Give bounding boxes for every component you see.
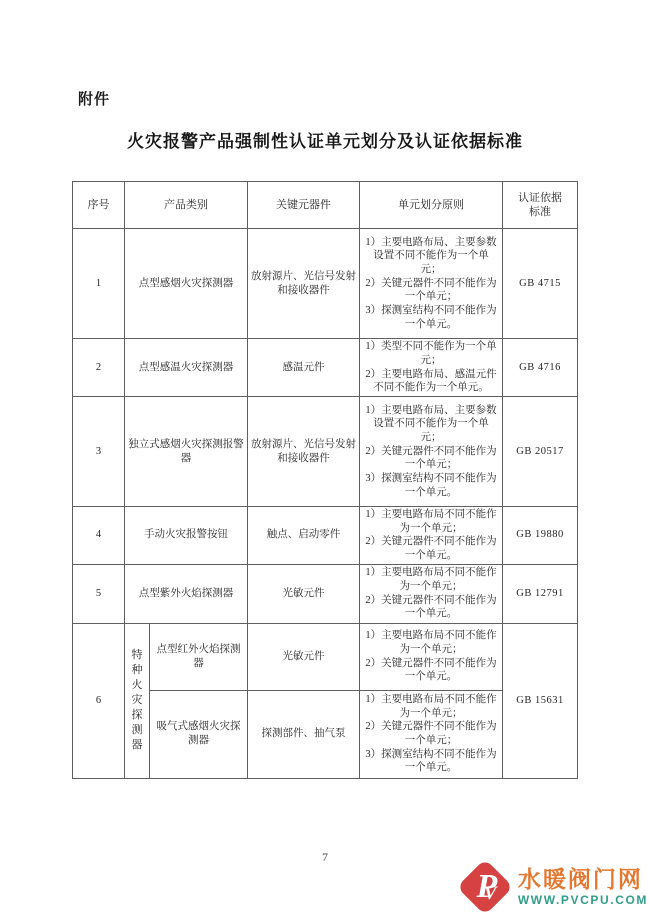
watermark: P V 水暖阀门网 WWW.PVCPU.COM (456, 858, 648, 916)
cell-components: 触点、启动零件 (248, 507, 360, 565)
table-row: 6 特种火灾探测器 点型红外火焰探测器 光敏元件 1）主要电路布局不同不能作为一… (73, 623, 578, 690)
cell-principle: 1）主要电路布局不同不能作为一个单元；2）关键元器件不同不能作为一个单元。 (360, 507, 503, 565)
document-page: 附件 火灾报警产品强制性认证单元划分及认证依据标准 序号 产品类别 关键元器件 … (0, 0, 650, 920)
list-line: 3）探测室结构不同不能作为一个单元。 (363, 304, 499, 331)
watermark-site-name: 水暖阀门网 (518, 867, 643, 892)
table-row: 5 点型紫外火焰探测器 光敏元件 1）主要电路布局不同不能作为一个单元；2）关键… (73, 564, 578, 623)
cell-standard: GB 4716 (503, 339, 578, 397)
cell-category: 吸气式感烟火灾探测器 (150, 690, 248, 778)
list-line: 1）主要电路布局不同不能作为一个单元； (363, 508, 499, 535)
header-components: 关键元器件 (248, 182, 360, 229)
page-title: 火灾报警产品强制性认证单元划分及认证依据标准 (0, 127, 650, 152)
cell-principle: 1）主要电路布局、主要参数设置不同不能作为一个单元；2）关键元器件不同不能作为一… (360, 229, 503, 339)
pv-logo-icon: P V (456, 858, 514, 916)
cell-no: 5 (73, 564, 125, 623)
cell-standard: GB 19880 (503, 507, 578, 565)
logo-letter-v: V (484, 884, 497, 903)
cell-components: 感温元件 (248, 339, 360, 397)
list-line: 2）关键元器件不同不能作为一个单元。 (363, 594, 499, 621)
cell-components: 光敏元件 (248, 564, 360, 623)
list-line: 认证依据 (506, 191, 574, 205)
list-line: 2）关键元器件不同不能作为一个单元； (363, 277, 499, 304)
list-line: 3）探测室结构不同不能作为一个单元。 (363, 748, 499, 775)
list-line: 标准 (506, 205, 574, 219)
list-line: 1）主要电路布局不同不能作为一个单元； (363, 566, 499, 593)
header-principle: 单元划分原则 (360, 182, 503, 229)
cell-components: 放射源片、光信号发射和接收器件 (248, 397, 360, 507)
list-line: 2）关键元器件不同不能作为一个单元； (363, 720, 499, 747)
certification-table: 序号 产品类别 关键元器件 单元划分原则 认证依据标准 1 点型感烟火灾探测器 … (72, 181, 578, 779)
cell-components: 放射源片、光信号发射和接收器件 (248, 229, 360, 339)
table-row: 4 手动火灾报警按钮 触点、启动零件 1）主要电路布局不同不能作为一个单元；2）… (73, 507, 578, 565)
table-header-row: 序号 产品类别 关键元器件 单元划分原则 认证依据标准 (73, 182, 578, 229)
header-category: 产品类别 (125, 182, 248, 229)
cell-principle: 1）主要电路布局不同不能作为一个单元；2）关键元器件不同不能作为一个单元。 (360, 623, 503, 690)
cell-category: 点型感温火灾探测器 (125, 339, 248, 397)
cell-principle: 1）类型不同不能作为一个单元；2）主要电路布局、感温元件不同不能作为一个单元。 (360, 339, 503, 397)
cell-category: 手动火灾报警按钮 (125, 507, 248, 565)
table-row: 2 点型感温火灾探测器 感温元件 1）类型不同不能作为一个单元；2）主要电路布局… (73, 339, 578, 397)
cell-category: 点型紫外火焰探测器 (125, 564, 248, 623)
cell-group-category: 特种火灾探测器 (125, 623, 150, 778)
cell-principle: 1）主要电路布局不同不能作为一个单元；2）关键元器件不同不能作为一个单元；3）探… (360, 690, 503, 778)
table-row: 1 点型感烟火灾探测器 放射源片、光信号发射和接收器件 1）主要电路布局、主要参… (73, 229, 578, 339)
cell-components: 探测部件、抽气泵 (248, 690, 360, 778)
table-row: 3 独立式感烟火灾探测报警器 放射源片、光信号发射和接收器件 1）主要电路布局、… (73, 397, 578, 507)
header-standard: 认证依据标准 (503, 182, 578, 229)
list-line: 2）关键元器件不同不能作为一个单元。 (363, 657, 499, 684)
cell-no: 4 (73, 507, 125, 565)
cell-no: 1 (73, 229, 125, 339)
list-line: 2）关键元器件不同不能作为一个单元； (363, 445, 499, 472)
cell-category: 点型红外火焰探测器 (150, 623, 248, 690)
list-line: 2）主要电路布局、感温元件不同不能作为一个单元。 (363, 368, 499, 395)
list-line: 1）类型不同不能作为一个单元； (363, 340, 499, 367)
cell-no: 6 (73, 623, 125, 778)
group-category-vertical-text: 特种火灾探测器 (131, 648, 143, 753)
cell-components: 光敏元件 (248, 623, 360, 690)
list-line: 1）主要电路布局不同不能作为一个单元； (363, 693, 499, 720)
cell-standard: GB 15631 (503, 623, 578, 778)
list-line: 1）主要电路布局不同不能作为一个单元； (363, 629, 499, 656)
cell-standard: GB 12791 (503, 564, 578, 623)
cell-no: 3 (73, 397, 125, 507)
attachment-label: 附件 (78, 88, 110, 109)
header-no: 序号 (73, 182, 125, 229)
list-line: 1）主要电路布局、主要参数设置不同不能作为一个单元； (363, 404, 499, 445)
list-line: 3）探测室结构不同不能作为一个单元。 (363, 472, 499, 499)
cell-principle: 1）主要电路布局、主要参数设置不同不能作为一个单元；2）关键元器件不同不能作为一… (360, 397, 503, 507)
cell-category: 点型感烟火灾探测器 (125, 229, 248, 339)
watermark-site-url: WWW.PVCPU.COM (518, 893, 648, 907)
cell-category: 独立式感烟火灾探测报警器 (125, 397, 248, 507)
cell-standard: GB 4715 (503, 229, 578, 339)
cell-no: 2 (73, 339, 125, 397)
watermark-text: 水暖阀门网 WWW.PVCPU.COM (518, 867, 648, 907)
cell-standard: GB 20517 (503, 397, 578, 507)
list-line: 1）主要电路布局、主要参数设置不同不能作为一个单元； (363, 236, 499, 277)
cell-principle: 1）主要电路布局不同不能作为一个单元；2）关键元器件不同不能作为一个单元。 (360, 564, 503, 623)
list-line: 2）关键元器件不同不能作为一个单元。 (363, 535, 499, 562)
